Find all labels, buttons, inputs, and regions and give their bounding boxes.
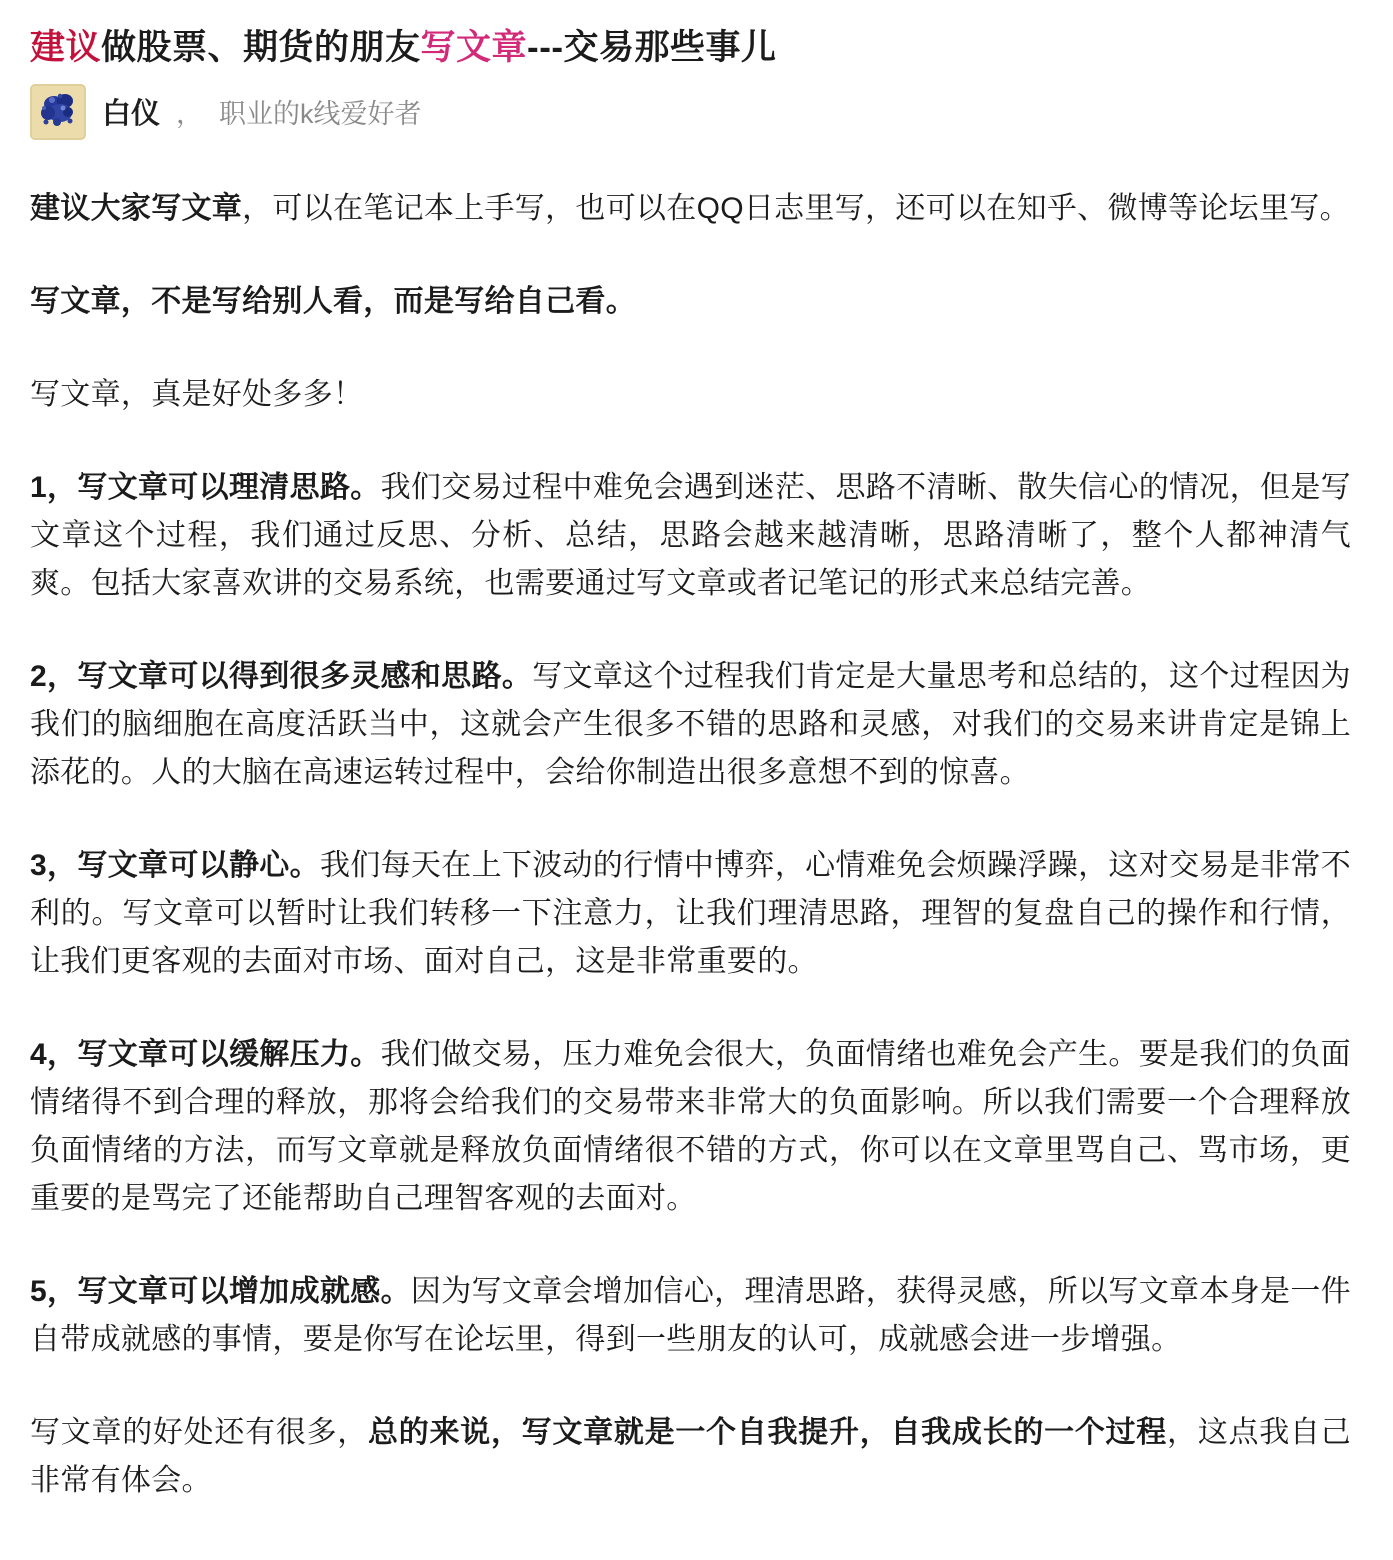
avatar[interactable] — [30, 84, 86, 140]
paragraph: 写文章，真是好处多多！ — [30, 371, 1351, 419]
paragraph: 5，写文章可以增加成就感。因为写文章会增加信心，理清思路，获得灵感，所以写文章本… — [30, 1268, 1351, 1364]
title-run: 建议 — [30, 28, 101, 67]
article-page: 建议做股票、期货的朋友写文章---交易那些事儿 白仪 ， 职业的k线 — [0, 0, 1393, 1560]
paragraph: 建议大家写文章，可以在笔记本上手写，也可以在QQ日志里写，还可以在知乎、微博等论… — [30, 185, 1351, 233]
text-run: 5，写文章可以增加成就感。 — [30, 1275, 411, 1308]
paragraph: 3，写文章可以静心。我们每天在上下波动的行情中博弈，心情难免会烦躁浮躁，这对交易… — [30, 842, 1351, 986]
paragraph: 2，写文章可以得到很多灵感和思路。写文章这个过程我们肯定是大量思考和总结的，这个… — [30, 653, 1351, 797]
text-run: 3，写文章可以静心。 — [30, 849, 320, 882]
page-title: 建议做股票、期货的朋友写文章---交易那些事儿 — [30, 26, 1351, 70]
author-name[interactable]: 白仪 — [102, 91, 160, 132]
text-run: 写文章，真是好处多多！ — [30, 378, 363, 411]
title-run: 写文章 — [421, 28, 528, 67]
paragraph: 1，写文章可以理清思路。我们交易过程中难免会遇到迷茫、思路不清晰、散失信心的情况… — [30, 464, 1351, 608]
text-run: 2，写文章可以得到很多灵感和思路。 — [30, 660, 532, 693]
title-run: 做股票、期货的朋友 — [101, 28, 421, 67]
text-run: 1，写文章可以理清思路。 — [30, 471, 381, 504]
author-row: 白仪 ， 职业的k线爱好者 — [30, 84, 1351, 140]
paragraph: 4，写文章可以缓解压力。我们做交易，压力难免会很大，负面情绪也难免会产生。要是我… — [30, 1031, 1351, 1223]
title-run: ---交易那些事儿 — [527, 28, 776, 67]
author-separator: ， — [176, 92, 203, 131]
paragraph: 写文章的好处还有很多，总的来说，写文章就是一个自我提升，自我成长的一个过程，这点… — [30, 1409, 1351, 1505]
text-run: 写文章，不是写给别人看，而是写给自己看。 — [30, 285, 636, 318]
text-run: 建议大家写文章 — [30, 192, 242, 225]
paragraph: 写文章，不是写给别人看，而是写给自己看。 — [30, 278, 1351, 326]
article-body: 建议大家写文章，可以在笔记本上手写，也可以在QQ日志里写，还可以在知乎、微博等论… — [30, 185, 1351, 1505]
text-run: 总的来说，写文章就是一个自我提升，自我成长的一个过程 — [368, 1416, 1167, 1449]
text-run: ，可以在笔记本上手写，也可以在QQ日志里写，还可以在知乎、微博等论坛里写。 — [242, 192, 1350, 225]
text-run: 写文章的好处还有很多， — [30, 1416, 368, 1449]
author-tagline: 职业的k线爱好者 — [219, 92, 422, 131]
text-run: 4，写文章可以缓解压力。 — [30, 1038, 381, 1071]
blue-blob-avatar-icon — [30, 84, 86, 140]
